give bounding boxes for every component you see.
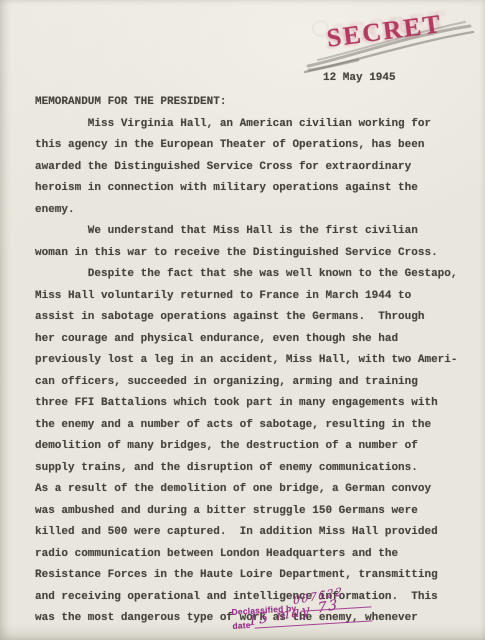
memo-heading: MEMORANDUM FOR THE PRESIDENT:	[35, 92, 475, 114]
document-page: SECRET 12 May 1945 MEMORANDUM FOR THE PR…	[0, 0, 485, 640]
memo-date: 12 May 1945	[323, 71, 396, 86]
memo-text-block: MEMORANDUM FOR THE PRESIDENT: Miss Virgi…	[35, 92, 475, 630]
memo-body: Miss Virginia Hall, an American civilian…	[35, 114, 475, 630]
